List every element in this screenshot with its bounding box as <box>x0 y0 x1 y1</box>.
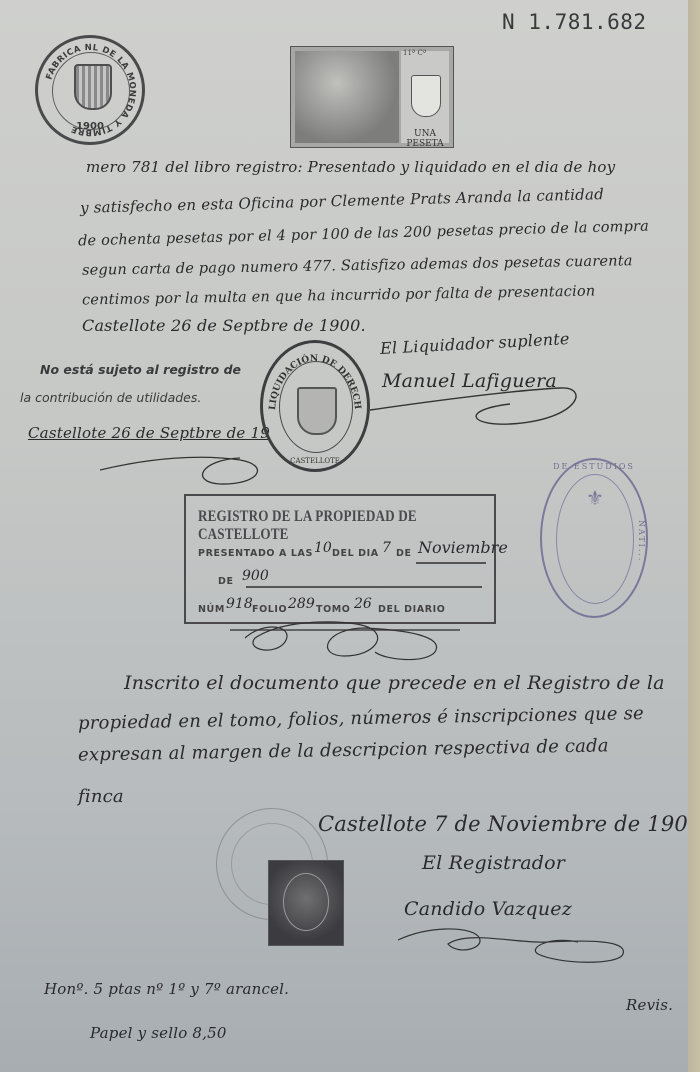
document-page: N 1.781.682 FABRICA NL DE LA MONEDA Y TI… <box>0 0 690 1072</box>
seal-side-text: NATI... <box>637 520 646 562</box>
coat-of-arms-icon <box>74 64 112 110</box>
registrar-title: El Registrador <box>422 852 565 874</box>
stamp-oval <box>283 873 329 931</box>
liquidation-line-1: mero 781 del libro registro: Presentado … <box>86 158 615 176</box>
liquidator-title: El Liquidador suplente <box>380 329 570 358</box>
registrar-flourish <box>388 920 638 970</box>
tax-stamp: 11ª Cª UNA PESETA <box>290 46 454 148</box>
crowned-shield-icon <box>297 387 337 435</box>
estudios-seal: DE ESTUDIOS NATI... ⚜ <box>540 458 648 618</box>
stamp-class: 11ª Cª <box>403 49 426 57</box>
small-fiscal-stamp-icon <box>268 860 344 946</box>
seal-top-text: DE ESTUDIOS <box>542 462 646 471</box>
seal-year: 1900 <box>38 121 142 132</box>
note-flourish <box>90 440 290 500</box>
reviewer-initials: Revis. <box>626 996 673 1014</box>
presented-label: PRESENTADO A LAS <box>198 548 313 559</box>
folio-label: FOLIO <box>252 604 287 615</box>
de-label: DE <box>396 548 412 559</box>
registry-title: REGISTRO DE LA PROPIEDAD DE CASTELLOTE <box>198 508 441 544</box>
del-dia-label: DEL DIA <box>332 548 379 559</box>
inscription-line-4: finca <box>78 786 124 807</box>
crowned-shield-icon <box>411 75 441 117</box>
printed-note-line-1: No está sujeto al registro de <box>40 362 241 377</box>
diario-label: DEL DIARIO <box>378 604 445 615</box>
entry-number: 918 <box>226 596 253 612</box>
liquidation-date: Castellote 26 de Septbre de 1900. <box>82 316 366 335</box>
tomo-number: 26 <box>354 596 372 612</box>
registrar-signature: Candido Vazquez <box>404 898 572 920</box>
printed-note-line-2: la contribución de utilidades. <box>20 390 201 405</box>
presented-hour: 10 <box>314 540 332 556</box>
inscription-line-2: propiedad en el tomo, folios, números é … <box>78 703 644 734</box>
liquidation-line-4: segun carta de pago numero 477. Satisfiz… <box>82 253 633 279</box>
page-edge <box>688 0 700 1072</box>
seal-bottom-text: CASTELLOTE <box>263 457 367 465</box>
serial-number: N 1.781.682 <box>502 10 647 34</box>
fees-note: Honº. 5 ptas nº 1º y 7º arancel. <box>44 980 289 998</box>
num-label: NÚM <box>198 604 225 615</box>
fleur-de-lis-icon: ⚜ <box>586 486 604 510</box>
liquidation-line-5: centimos por la multa en que ha incurrid… <box>82 284 596 309</box>
folio-number: 289 <box>288 596 315 612</box>
liquidacion-seal: LIQUIDACIÓN DE DERECHOS REALES CASTELLOT… <box>260 340 370 472</box>
presented-year: 900 <box>242 568 269 584</box>
registry-stamp-box: REGISTRO DE LA PROPIEDAD DE CASTELLOTE P… <box>184 494 496 624</box>
month-rule <box>416 562 486 564</box>
stamp-value: UNA PESETA <box>401 129 449 149</box>
registry-flourish <box>225 616 465 666</box>
presented-day: 7 <box>382 540 391 556</box>
inscription-line-3: expresan al margen de la descripcion res… <box>78 735 609 765</box>
tomo-label: TOMO <box>316 604 351 615</box>
paper-stamp-note: Papel y sello 8,50 <box>90 1024 227 1042</box>
liquidation-line-3: de ochenta pesetas por el 4 por 100 de l… <box>78 219 649 250</box>
fnmt-seal: FABRICA NL DE LA MONEDA Y TIMBRE 1900 <box>35 35 145 145</box>
year-label: DE <box>218 576 234 587</box>
inscription-line-1: Inscrito el documento que precede en el … <box>124 672 665 694</box>
allegory-figure-icon <box>295 51 399 143</box>
liquidation-line-2: y satisfecho en esta Oficina por Clement… <box>80 185 604 217</box>
year-rule <box>246 586 482 588</box>
presented-month: Noviembre <box>418 538 508 557</box>
inscription-place-date: Castellote 7 de Noviembre de 1900. <box>318 812 700 836</box>
liquidator-flourish <box>360 360 590 430</box>
